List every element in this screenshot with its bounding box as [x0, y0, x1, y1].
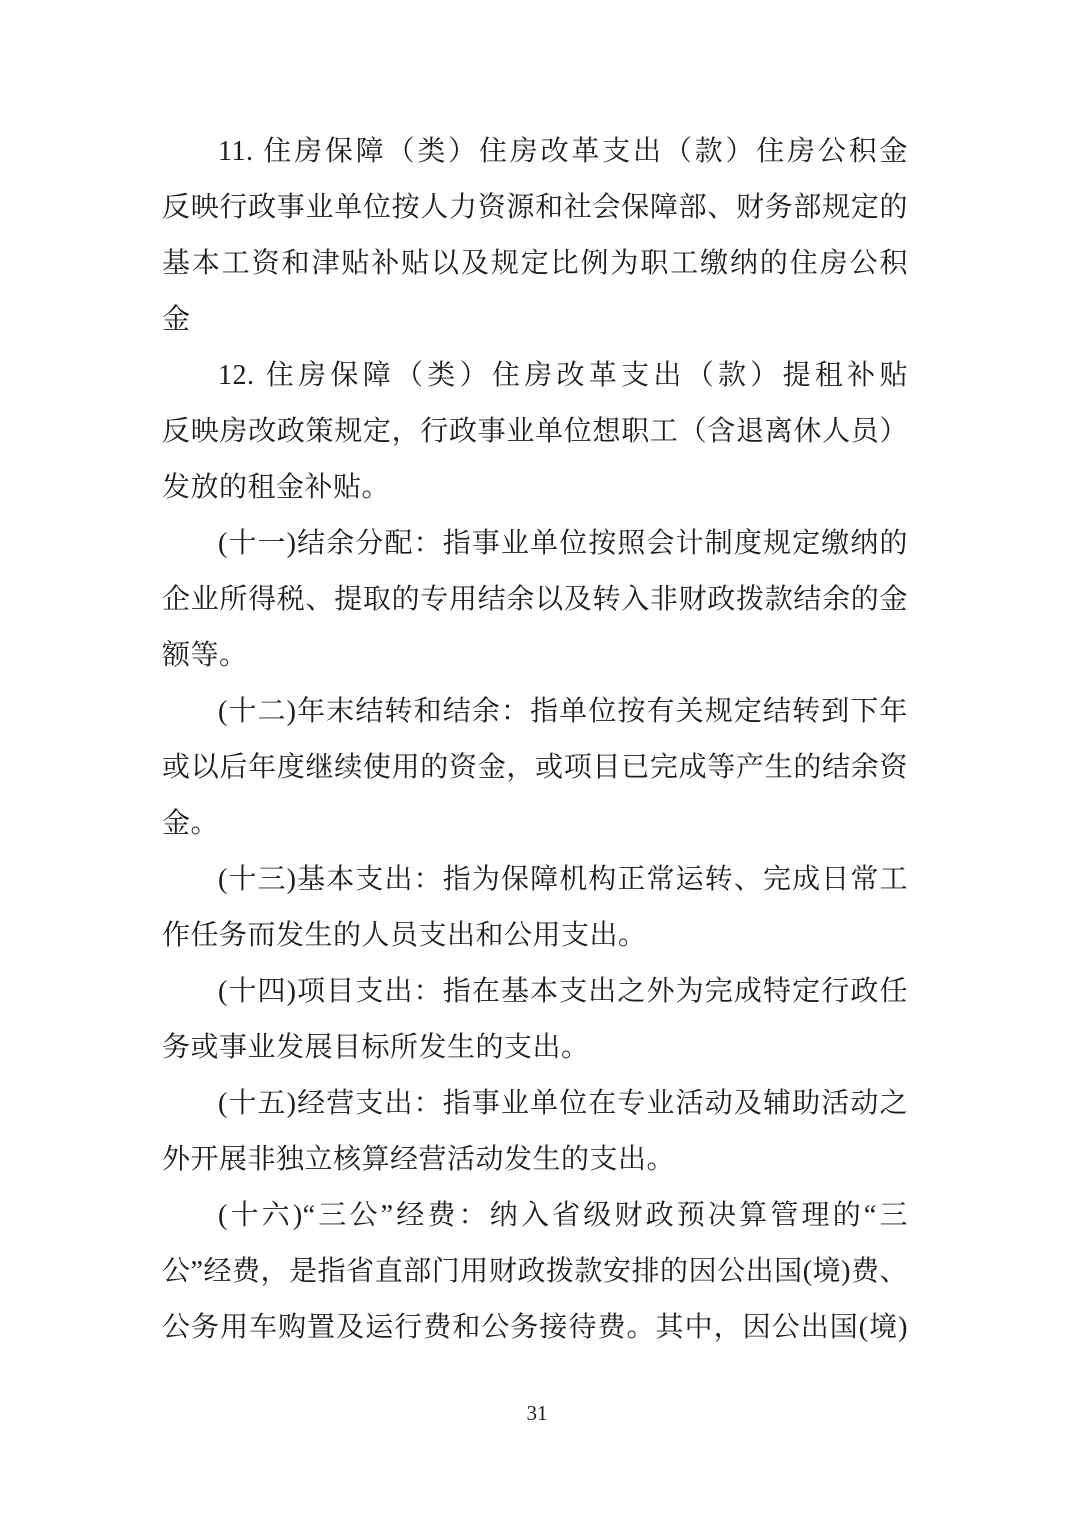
text-line: 作任务而发生的人员支出和公用支出。: [162, 908, 908, 964]
page-number: 31: [0, 1398, 1074, 1428]
text-line: (十二)年末结转和结余：指单位按有关规定结转到下年: [162, 684, 908, 740]
text-line: 或以后年度继续使用的资金，或项目已完成等产生的结余资: [162, 740, 908, 796]
document-text: 11. 住房保障（类）住房改革支出（款）住房公积金（项）:反映行政事业单位按人力…: [162, 124, 908, 1356]
paragraph-item-xii-year-end-carryover: (十二)年末结转和结余：指单位按有关规定结转到下年或以后年度继续使用的资金，或项…: [162, 684, 908, 852]
paragraph-item-12-rent-raising-subsidy: 12. 住房保障（类）住房改革支出（款）提租补贴（项）:反映房改政策规定，行政事…: [162, 348, 908, 516]
paragraph-item-xiv-project-expenditure: (十四)项目支出：指在基本支出之外为完成特定行政任务或事业发展目标所发生的支出。: [162, 964, 908, 1076]
text-line: 额等。: [162, 628, 908, 684]
text-line: 反映房改政策规定，行政事业单位想职工（含退离休人员）: [162, 404, 908, 460]
text-line: 公”经费，是指省直部门用财政拨款安排的因公出国(境)费、: [162, 1244, 908, 1300]
text-line: (十一)结余分配：指事业单位按照会计制度规定缴纳的: [162, 516, 908, 572]
text-line: 发放的租金补贴。: [162, 460, 908, 516]
text-line: 金。: [162, 796, 908, 852]
paragraph-item-xiii-basic-expenditure: (十三)基本支出：指为保障机构正常运转、完成日常工作任务而发生的人员支出和公用支…: [162, 852, 908, 964]
text-line: 反映行政事业单位按人力资源和社会保障部、财务部规定的: [162, 180, 908, 236]
text-line: 企业所得税、提取的专用结余以及转入非财政拨款结余的金: [162, 572, 908, 628]
text-line: 外开展非独立核算经营活动发生的支出。: [162, 1132, 908, 1188]
document-page: 11. 住房保障（类）住房改革支出（款）住房公积金（项）:反映行政事业单位按人力…: [0, 0, 1074, 1520]
text-line: 公务用车购置及运行费和公务接待费。其中，因公出国(境): [162, 1300, 908, 1356]
text-line: 务或事业发展目标所发生的支出。: [162, 1020, 908, 1076]
paragraph-item-xi-surplus-distribution: (十一)结余分配：指事业单位按照会计制度规定缴纳的企业所得税、提取的专用结余以及…: [162, 516, 908, 684]
text-line: (十四)项目支出：指在基本支出之外为完成特定行政任: [162, 964, 908, 1020]
paragraph-item-11-housing-provident-fund: 11. 住房保障（类）住房改革支出（款）住房公积金（项）:反映行政事业单位按人力…: [162, 124, 908, 348]
text-line: 12. 住房保障（类）住房改革支出（款）提租补贴（项）:: [162, 348, 908, 404]
text-line: (十六)“三公”经费：纳入省级财政预决算管理的“三: [162, 1188, 908, 1244]
text-line: (十五)经营支出：指事业单位在专业活动及辅助活动之: [162, 1076, 908, 1132]
text-line: 基本工资和津贴补贴以及规定比例为职工缴纳的住房公积: [162, 236, 908, 292]
text-line: 金: [162, 292, 908, 348]
paragraph-item-xv-operating-expenditure: (十五)经营支出：指事业单位在专业活动及辅助活动之外开展非独立核算经营活动发生的…: [162, 1076, 908, 1188]
text-line: (十三)基本支出：指为保障机构正常运转、完成日常工: [162, 852, 908, 908]
paragraph-item-xvi-three-public-funds: (十六)“三公”经费：纳入省级财政预决算管理的“三公”经费，是指省直部门用财政拨…: [162, 1188, 908, 1356]
text-line: 11. 住房保障（类）住房改革支出（款）住房公积金（项）:: [162, 124, 908, 180]
